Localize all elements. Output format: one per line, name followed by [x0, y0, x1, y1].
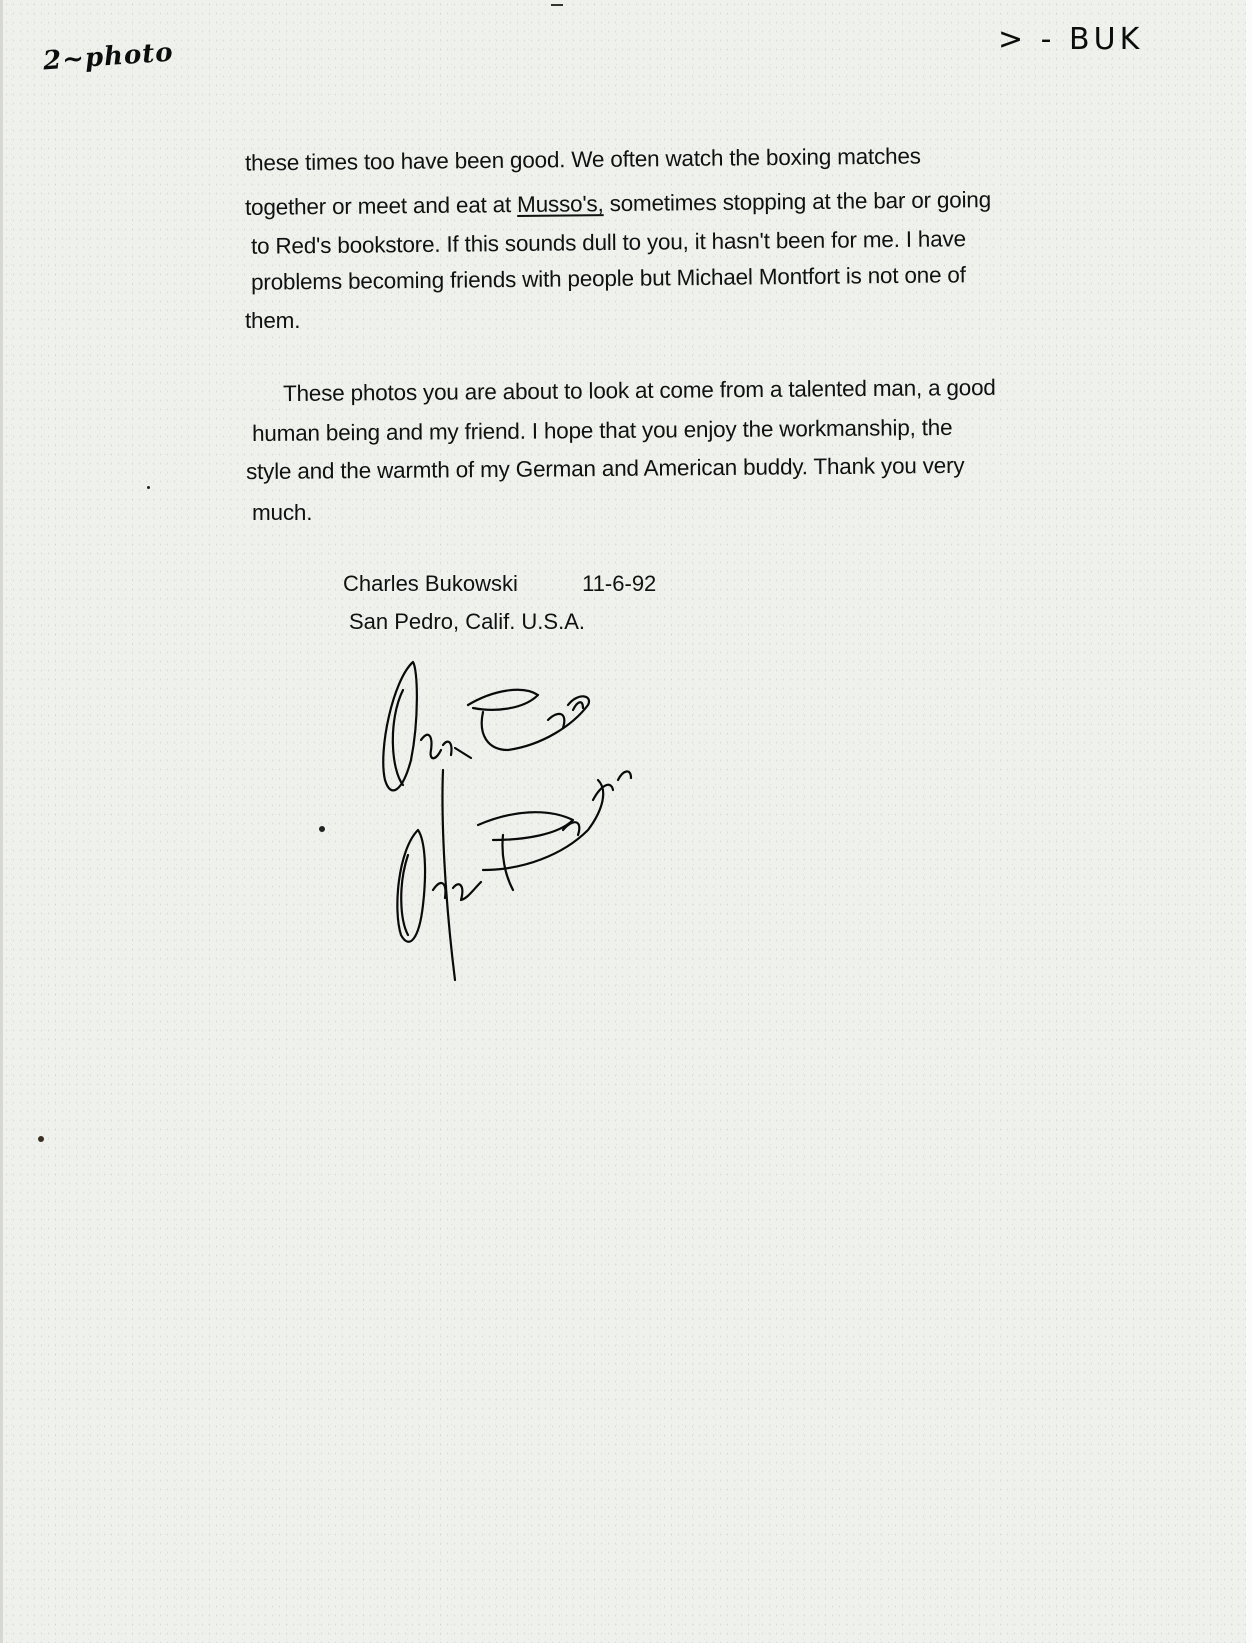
text: sometimes stopping at the bar or going	[603, 187, 991, 216]
signature-location: San Pedro, Calif. U.S.A.	[349, 609, 585, 635]
paper-speck	[147, 486, 150, 489]
author-name: Charles Bukowski	[343, 571, 518, 596]
paragraph-2-line-1: These photos you are about to look at co…	[283, 375, 996, 407]
paper-speck	[38, 1136, 44, 1142]
paragraph-1-line-4: problems becoming friends with people bu…	[251, 262, 966, 295]
handwritten-note-top-right: > - BUK	[998, 22, 1143, 57]
signature-name-date: Charles Bukowski 11-6-92	[343, 571, 656, 597]
text: together or meet and eat at	[245, 192, 517, 220]
handwritten-signatures	[373, 650, 753, 990]
paragraph-2-line-4: much.	[252, 500, 312, 526]
underlined-musso: Musso's,	[517, 191, 604, 217]
date: 11-6-92	[582, 571, 656, 596]
handwritten-note-top-left: 2~photo	[42, 37, 174, 76]
scan-mark	[551, 4, 563, 6]
document-page: 2~photo > - BUK these times too have bee…	[0, 0, 1252, 1643]
paragraph-1-line-3: to Red's bookstore. If this sounds dull …	[251, 226, 966, 259]
paragraph-2-line-3: style and the warmth of my German and Am…	[246, 453, 965, 485]
paper-speck	[319, 826, 325, 832]
paragraph-1-line-5: them.	[245, 308, 300, 334]
paragraph-2-line-2: human being and my friend. I hope that y…	[252, 415, 953, 447]
paragraph-1-line-1: these times too have been good. We often…	[245, 143, 921, 176]
paragraph-1-line-2: together or meet and eat at Musso's, som…	[245, 187, 991, 221]
